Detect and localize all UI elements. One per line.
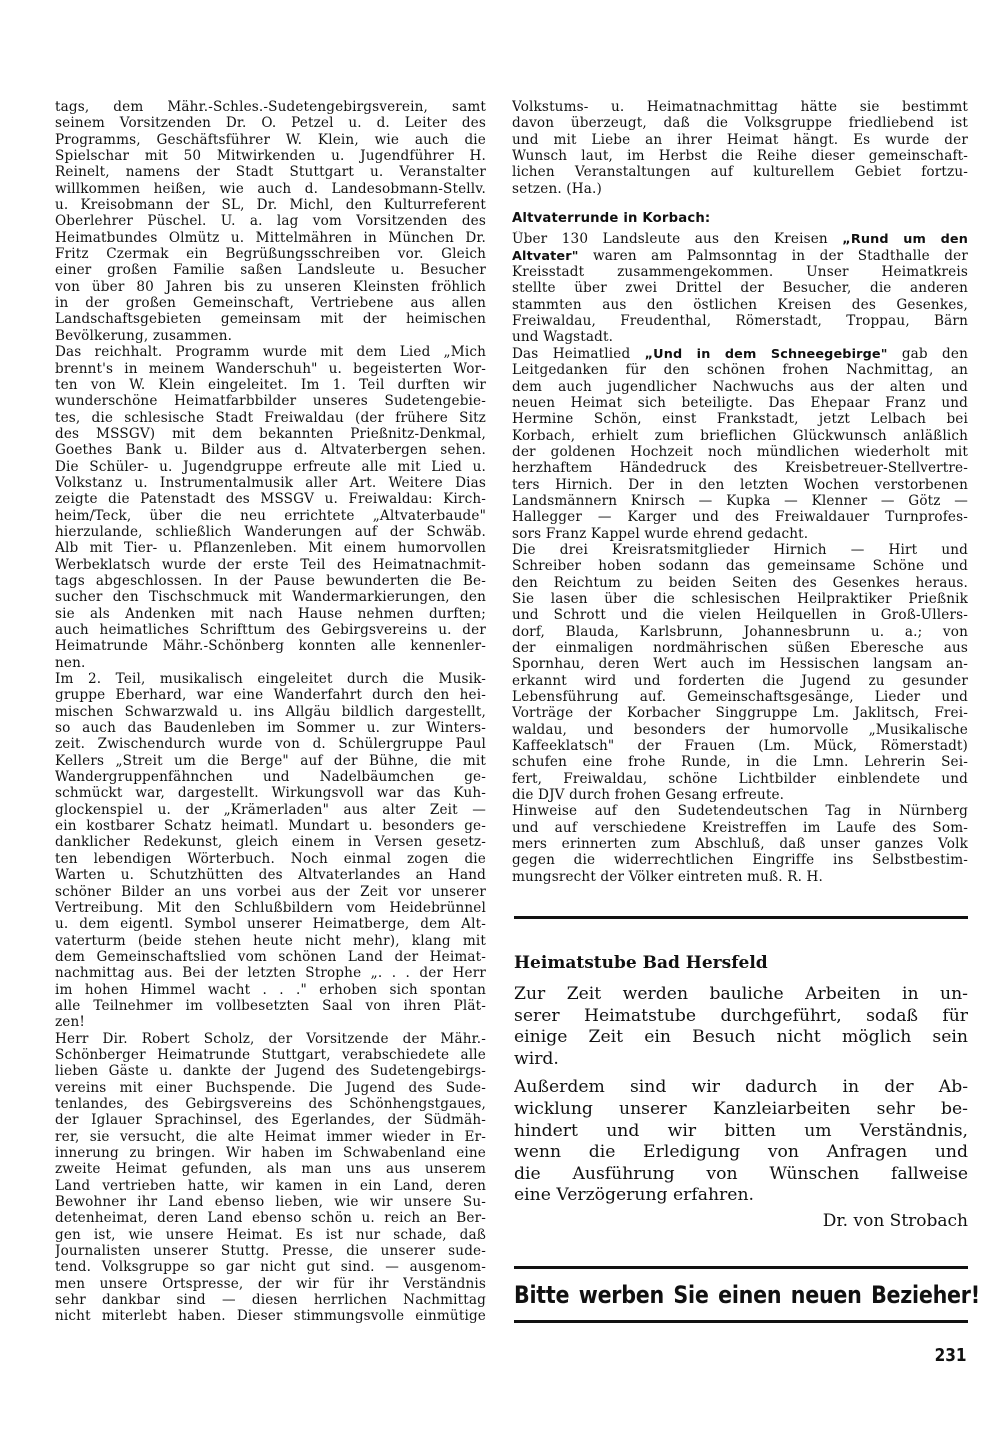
text-line: Volkstums- u. Heimatnachmittag hätte sie… [512, 99, 968, 115]
text-line: sehr dankbar sind — diesen herrlichen Na… [55, 1292, 486, 1308]
text-line: sie als Andenken mit nach Hause nehmen d… [55, 606, 486, 622]
korbach-paragraph-4: Hinweise auf den Sudetendeutschen Tag in… [512, 803, 968, 885]
text-line: erkannt wird und forderten die Jugend zu… [512, 673, 968, 689]
korbach-paragraph-3: Die drei Kreisratsmitglieder Hirnich — H… [512, 542, 968, 804]
text-line: Im 2. Teil, musikalisch eingeleitet durc… [55, 671, 486, 687]
section-divider-rule [514, 916, 968, 919]
text-line: der einmaligen nordmährischen süßen Eber… [512, 640, 968, 656]
text-line: herzhaftem Händedruck des Kreisbetreuer-… [512, 460, 968, 476]
text-line: lichen Veranstaltungen auf kulturellem G… [512, 164, 968, 180]
text-line: Bewohner ihr Land ebenso lieben, wie wir… [55, 1194, 486, 1210]
text-line: seinem Vorsitzenden Dr. O. Petzel u. d. … [55, 115, 486, 131]
text-line: danklicher Redekunst, gleich einem in Ve… [55, 834, 486, 850]
text-line: zeigte die Patenstadt des MSSGV u. Freiw… [55, 491, 486, 507]
text-line: tags abgeschlossen. In der Pause bewunde… [55, 573, 486, 589]
text-line: und mit Liebe an ihrer Heimat hängt. Es … [512, 132, 968, 148]
article-paragraph: Im 2. Teil, musikalisch eingeleitet durc… [55, 671, 486, 1031]
right-column: Volkstums- u. Heimatnachmittag hätte sie… [512, 99, 968, 885]
korbach-heading: Altvaterrunde in Korbach: [512, 211, 968, 227]
text-line: Bevölkerung, zusammen. [55, 328, 486, 344]
text-line: dem auch jugendlicher Nachwuchs aus der … [512, 379, 968, 395]
text-line: lieben Gäste u. dankte der Jugend des Su… [55, 1063, 486, 1079]
text-line: brennt's in meinem Wanderschuh" u. begei… [55, 361, 486, 377]
text-line: nachmittag aus. Bei der letzten Strophe … [55, 965, 486, 981]
text-line: Hinweise auf den Sudetendeutschen Tag in… [512, 803, 968, 819]
bold-quote: „Rund um den [842, 232, 968, 247]
text-line: Spielschar mit 50 Mitwirkenden u. Jugend… [55, 148, 486, 164]
text-line: eine Verzögerung erfahren. [514, 1185, 968, 1207]
text-line: Hallegger — Karger und des Freiwaldauer … [512, 509, 968, 525]
text-line: die DJV durch frohen Gesang erfreute. [512, 787, 968, 803]
text-line: innerung zu bringen. Wir haben im Schwab… [55, 1145, 486, 1161]
text-line: mers erinnerten zum Abschluß, daß unser … [512, 836, 968, 852]
intro-paragraph: Volkstums- u. Heimatnachmittag hätte sie… [512, 99, 968, 197]
text-line: Zur Zeit werden bauliche Arbeiten in un- [514, 984, 968, 1006]
text-line: ters Hirnich. Der in den letzten Wochen … [512, 477, 968, 493]
article-paragraph: Das reichhalt. Programm wurde mit dem Li… [55, 344, 486, 671]
text-line: ten von W. Klein eingeleitet. Im 1. Teil… [55, 377, 486, 393]
text-line: wicklung unserer Kanzleiarbeiten sehr be… [514, 1099, 968, 1121]
hersfeld-paragraph-2: Außerdem sind wir dadurch in der Ab-wick… [514, 1077, 968, 1207]
text-line: schmückt war, dargestellt. Wirkungsvoll … [55, 785, 486, 801]
text-line: Schreiber hoben sodann das gemeinsame Sc… [512, 558, 968, 574]
text-line: auch heimatliches Schrifttum des Gebirgs… [55, 622, 486, 638]
text-line: Programms, Geschäftsführer W. Klein, wie… [55, 132, 486, 148]
text-line: und Schrott und die vielen Heilquellen i… [512, 607, 968, 623]
text-line: u. dem eigentl. Symbol unserer Heimatber… [55, 916, 486, 932]
text-line: Journalisten unserer Stuttg. Presse, die… [55, 1243, 486, 1259]
text-line: Kreisstadt zusammengekommen. Unser Heima… [512, 264, 968, 280]
text-line: in der großen Gemeinschaft, Vertriebene … [55, 295, 486, 311]
text-line: serer Heimatstube durchgeführt, sodaß fü… [514, 1006, 968, 1028]
korbach-paragraph-1: Über 130 Landsleute aus den Kreisen „Run… [512, 231, 968, 345]
text-line: tags, dem Mähr.-Schles.-Sudetengebirgsve… [55, 99, 486, 115]
text-line: Wunsch laut, im Herbst die Reihe dieser … [512, 148, 968, 164]
text-line: Vorträge der Korbacher Singgruppe Lm. Ja… [512, 705, 968, 721]
text-line: und Wagstadt. [512, 329, 968, 345]
text-line: stammten aus den östlichen Kreisen des G… [512, 297, 968, 313]
text-line: alle Teilnehmer im vollbesetzten Saal vo… [55, 998, 486, 1014]
text-line: Landschaftsgebieten gemeinsam mit der he… [55, 311, 486, 327]
text-line: davon überzeugt, daß die Volksgruppe fri… [512, 115, 968, 131]
hersfeld-heading: Heimatstube Bad Hersfeld [514, 953, 768, 973]
text-line: einige Zeit ein Besuch nicht möglich sei… [514, 1027, 968, 1049]
text-line: Schönberger Heimatrunde Stuttgart, verab… [55, 1047, 486, 1063]
text-line: Heimatbundes Olmütz u. Mittelmähren in M… [55, 230, 486, 246]
text-line: tes, die schlesische Stadt Freiwaldau (d… [55, 410, 486, 426]
text-line: Oberlehrer Püschel. U. a. lag vom Vorsit… [55, 213, 486, 229]
text-line: waldau, und besonders der humorvolle „Mu… [512, 722, 968, 738]
text-line: neuen Heimat sich beteiligte. Das Ehepaa… [512, 395, 968, 411]
article-paragraph: Herr Dir. Robert Scholz, der Vorsitzende… [55, 1031, 486, 1325]
text-line: gegen die widerrechtlichen Eingriffe ins… [512, 852, 968, 868]
text-line: vereins mit einer Buchspende. Die Jugend… [55, 1080, 486, 1096]
text-line: Die Schüler- u. Jugendgruppe erfreute al… [55, 459, 486, 475]
text-line: Spornhau, deren Wert auch im Hessischen … [512, 656, 968, 672]
text-line: detenheimat, deren Land ebenso schön u. … [55, 1210, 486, 1226]
text-line: tenlandes, des Gebirgsvereins des Schönh… [55, 1096, 486, 1112]
text-line: willkommen heißen, wie auch d. Landesobm… [55, 181, 486, 197]
text-line: zweite Heimat gefunden, als man uns aus … [55, 1161, 486, 1177]
text-line: Reinelt, namens der Stadt Stuttgart u. V… [55, 164, 486, 180]
text-line: Korbach, erhielt zum brieflichen Glückwu… [512, 428, 968, 444]
hersfeld-body: Zur Zeit werden bauliche Arbeiten in un-… [514, 984, 968, 1207]
text-line: sors Franz Kappel wurde ehrend gedacht. [512, 526, 968, 542]
text-line: Hermine Schön, einst Frankstadt, jetzt L… [512, 411, 968, 427]
korbach-paragraph-2: Das Heimatlied „Und in dem Schneegebirge… [512, 346, 968, 542]
text-line: Goethes Bank u. Bilder aus d. Altvaterbe… [55, 442, 486, 458]
text-line: der goldenen Hochzeit noch mündlichen wi… [512, 444, 968, 460]
text-line: u. Kreisobmann der SL, Dr. Michl, den Ku… [55, 197, 486, 213]
text-line: Volkstanz u. Instrumentalmusik aller Art… [55, 475, 486, 491]
text-line: Warten u. Schutzhütten des Altvaterlande… [55, 867, 486, 883]
subscriber-banner: Bitte werben Sie einen neuen Bezieher! [514, 1281, 904, 1309]
text-line: rer, sie versucht, die alte Heimat immer… [55, 1129, 486, 1145]
text-line: dem Gemeinschaftslied vom schönen Land d… [55, 949, 486, 965]
hersfeld-paragraph-1: Zur Zeit werden bauliche Arbeiten in un-… [514, 984, 968, 1070]
text-line: glockenspiel u. der „Krämerladen" aus al… [55, 802, 486, 818]
page-number: 231 [935, 1345, 967, 1366]
text-line: nicht miterlebt haben. Dieser stimmungsv… [55, 1308, 486, 1324]
text-line: sucher den Tischschmuck mit Wandermarkie… [55, 589, 486, 605]
text-line: einer großen Familie saßen Landsleute u.… [55, 262, 486, 278]
text-line: ein kostbarer Schatz heimatl. Mundart u.… [55, 818, 486, 834]
text-line: stellte über zwei Drittel der Besucher, … [512, 280, 968, 296]
text-line: zeit. Zwischendurch wurde von d. Schüler… [55, 736, 486, 752]
text-line: gruppe Eberhard, war eine Wanderfahrt du… [55, 687, 486, 703]
text-line: hierzulande, schließlich Wanderungen auf… [55, 524, 486, 540]
text-line: den Reichtum zu beiden Seiten des Gesenk… [512, 575, 968, 591]
text-line: Sie lasen über die schlesischen Heilprak… [512, 591, 968, 607]
text-line: Wandergruppenfähnchen und Nadelbäumchen … [55, 769, 486, 785]
text-line: wird. [514, 1049, 968, 1071]
text-line: hindert und wir bitten um Verständnis, [514, 1121, 968, 1143]
text-line: Leitgedanken für den schönen frohen Nach… [512, 362, 968, 378]
text-line: Die drei Kreisratsmitglieder Hirnich — H… [512, 542, 968, 558]
banner-top-rule [514, 1266, 968, 1269]
signature: Dr. von Strobach [823, 1211, 968, 1231]
text-line: gen ist, wie unsere Heimat. Es ist nur s… [55, 1227, 486, 1243]
text-line: vaterturm (beide stehen heute nicht mehr… [55, 933, 486, 949]
text-line: so auch das Baudenleben im Sommer u. zur… [55, 720, 486, 736]
article-paragraph: tags, dem Mähr.-Schles.-Sudetengebirgsve… [55, 99, 486, 344]
banner-bottom-rule [514, 1320, 968, 1323]
text-line: Vertreibung. Mit den Schlußbildern vom H… [55, 900, 486, 916]
left-column: tags, dem Mähr.-Schles.-Sudetengebirgsve… [55, 99, 486, 1325]
text-line: Fritz Czermak ein Begrüßungsschreiben vo… [55, 246, 486, 262]
text-line: Kaffeeklatsch" der Frauen (Lm. Mück, Röm… [512, 738, 968, 754]
text-line: tend. Volksgruppe so gar nicht gut sind.… [55, 1259, 486, 1275]
text-line: wenn die Erledigung von Anfragen und [514, 1142, 968, 1164]
text-line: Freiwaldau, Freudenthal, Römerstadt, Tro… [512, 313, 968, 329]
text-line: ten lebendigen Wörterbuch. Noch einmal z… [55, 851, 486, 867]
text-line: mungsrecht der Völker eintreten muß. R. … [512, 869, 968, 885]
text-line: schöner Bilder an uns vorbei aus der Zei… [55, 884, 486, 900]
text-line: heim/Teck, über die neu errichtete „Altv… [55, 508, 486, 524]
text-line: schufen eine frohe Runde, in die Lmn. Le… [512, 754, 968, 770]
text-line: des MSSGV) mit dem bekannten Prießnitz-D… [55, 426, 486, 442]
text-line: nen. [55, 655, 486, 671]
text-line: setzen. (Ha.) [512, 181, 968, 197]
text-line: von über 80 Jahren bis zu unseren Kleins… [55, 279, 486, 295]
text-line: Außerdem sind wir dadurch in der Ab- [514, 1077, 968, 1099]
text-line: die Ausführung von Wünschen fallweise [514, 1164, 968, 1186]
text-line: Herr Dir. Robert Scholz, der Vorsitzende… [55, 1031, 486, 1047]
text-line: Heimatrunde Mähr.-Schönberg konnten alle… [55, 638, 486, 654]
text-line: Landsmännern Knirsch — Kupka — Klenner —… [512, 493, 968, 509]
text-line: Werbeklatsch wurde der erste Teil des He… [55, 557, 486, 573]
text-line: Land vertrieben hatte, wir kamen in ein … [55, 1178, 486, 1194]
text-line: Lebensführung auf. Gemeinschaftsgesänge,… [512, 689, 968, 705]
text-line: zen! [55, 1014, 486, 1030]
bold-quote: Altvater" [512, 249, 579, 264]
text-line: men unsere Ortspresse, der wir für ihr V… [55, 1276, 486, 1292]
text-line: Das reichhalt. Programm wurde mit dem Li… [55, 344, 486, 360]
text-line: im hohen Himmel wacht . . ." erhoben sic… [55, 982, 486, 998]
text-line: Alb mit Tier- u. Pflanzenleben. Mit eine… [55, 540, 486, 556]
text-line: Kellers „Streit um die Berge" auf der Bü… [55, 753, 486, 769]
text-line: der Iglauer Sprachinsel, des Egerlandes,… [55, 1112, 486, 1128]
text-line: und auf verschiedene Kreistreffen im Lau… [512, 820, 968, 836]
text-line: mischen Schwarzwald u. ins Allgäu bildli… [55, 704, 486, 720]
song-title: „Und in dem Schneegebirge" [645, 347, 888, 362]
text-line: wunderschöne Heimatfarbbilder unseres Su… [55, 393, 486, 409]
text-line: dorf, Blauda, Karlsbrunn, Johannesbrunn … [512, 624, 968, 640]
text-line: fert, Freiwaldau, schöne Lichtbilder ein… [512, 771, 968, 787]
